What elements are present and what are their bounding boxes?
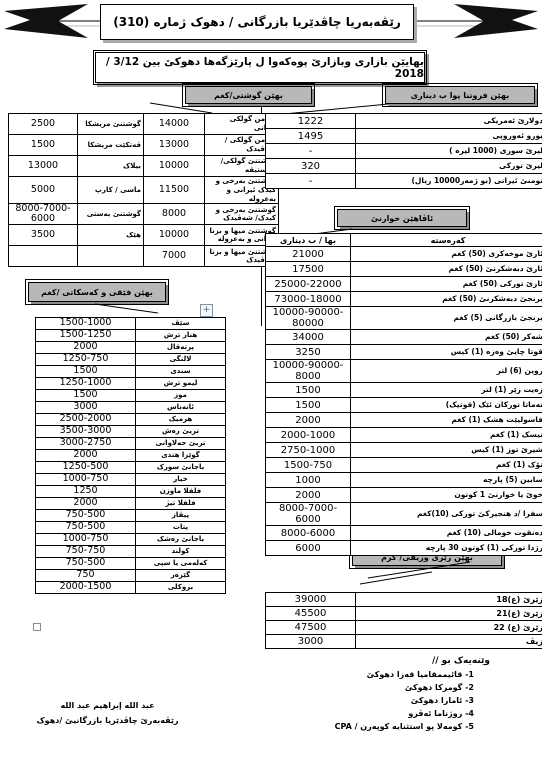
table-row: پیڤاز750-500 [36, 510, 226, 522]
table-row: نەرمن گولکی ئیرانی14000گوشتنێ مريشکا2500 [9, 114, 279, 135]
cell-price_b: 13000 [9, 156, 78, 177]
cell-value: 2000 [36, 342, 136, 354]
distribution-item: 1- قائیممقامیا قەزا دهوکێ [250, 668, 490, 681]
cell-label: ئارێ دبەشکرنێ (50) کغم [351, 262, 542, 277]
cell-price_b: 5000 [9, 177, 78, 204]
cell-value: 3000 [266, 635, 356, 649]
table-row: فلفلا تیژ2000 [36, 498, 226, 510]
cell-value: 73000-18000 [266, 292, 351, 307]
cell-value: - [266, 174, 356, 189]
distribution-title: وێنەیەک بو // [250, 654, 490, 668]
cell-price_b: 3500 [9, 225, 78, 246]
cell-value: 3000 [36, 402, 136, 414]
table-row: رژدا تورکی (1) کوتون 30 پارچە6000 [266, 541, 542, 556]
currency-section-header: بهێن فروتنا پوا ب دیناری [385, 86, 535, 104]
cell-price_b [9, 246, 78, 267]
cell-price_a: 10000 [144, 225, 205, 246]
cell-label: ئارێ موخەکری (50) کغم [351, 247, 542, 262]
cell-label: سندی [136, 366, 226, 378]
cell-label: هرمیک [136, 414, 226, 426]
cell-value: 1000-750 [36, 534, 136, 546]
cell-value: 2000 [36, 498, 136, 510]
cell-label: سێڤ [136, 318, 226, 330]
cell-label: پیڤاز [136, 510, 226, 522]
cell-value: 750 [36, 570, 136, 582]
table-row: پتات750-500 [36, 522, 226, 534]
cell-label: پتات [136, 522, 226, 534]
cell-label: يورو ئەوروپی [356, 129, 542, 144]
cell-value: 1250 [36, 486, 136, 498]
table-row: تریێ رەش3500-3000 [36, 426, 226, 438]
cell-value: 2750-1000 [266, 443, 351, 458]
cell-label: فلفلا تیژ [136, 498, 226, 510]
cell-price_a: 13000 [144, 135, 205, 156]
signature-name: عبد الله إبراهيم عبد الله [20, 700, 195, 711]
cell-label: کەلەمی یا سپی [136, 558, 226, 570]
cell-label: تریێ حەلاوانی [136, 438, 226, 450]
cell-label: ئانەناس [136, 402, 226, 414]
table-move-handle-icon[interactable]: + [200, 304, 213, 317]
cell-label: نۆک (1) کغم [351, 458, 542, 473]
food-section-header: ئاڤاهێن خوارنێ [337, 209, 467, 227]
cell-value: 10000-90000- 80000 [266, 307, 351, 330]
table-resize-handle-icon[interactable] [33, 623, 41, 631]
signature-title: رێڤەبەرێ چاڤدێریا بازرگانیێ /دهوک [20, 715, 195, 726]
cell-value: 1500-1000 [36, 318, 136, 330]
table-row: تومنێ ئیرانی (بو ژمەر10000 ریال)- [266, 174, 542, 189]
cell-label: برنجێ بازرگانی (5) کغم [351, 307, 542, 330]
page-title: رێڤەبەریا چاڤدێریا بازرگانی / دهوک ژماره… [113, 15, 401, 29]
cell-value: 8000-7000-6000 [266, 503, 351, 526]
cell-label: فاسولیێت هشک (1) کغم [351, 413, 542, 428]
cell-value: 45500 [266, 607, 356, 621]
table-row: هرمیک2500-2000 [36, 414, 226, 426]
cell-label: ئارێ تورکی (50) کغم [351, 277, 542, 292]
cell-item_b: ڤەتکێت مريشکا [78, 135, 144, 156]
cell-label: ليرێ سوری (1000 ليره ) [356, 144, 542, 159]
cell-label: تەماتا تورکان ئێک (قوتیک) [351, 398, 542, 413]
produce-price-table: سێڤ1500-1000هنار ترش1500-1250پرتەقال2000… [35, 317, 226, 594]
cell-label: پرتەقال [136, 342, 226, 354]
cell-value: 6000 [266, 541, 351, 556]
cell-value: 750-500 [36, 510, 136, 522]
cell-value: 1250-750 [36, 354, 136, 366]
page-subtitle: بهايێن بازاری وبازارێ پوەکەوا ل پارێزگەه… [96, 56, 424, 80]
table-row: ليرێ تورکی320 [266, 159, 542, 174]
cell-label: فلفلا ماوزن [136, 486, 226, 498]
cell-label: دەنقوت خومالی (10) کغم [351, 526, 542, 541]
cell-value: - [266, 144, 356, 159]
cell-label: ليرێ تورکی [356, 159, 542, 174]
cell-price_a: 11500 [144, 177, 205, 204]
table-row: گوێزا هندی2000 [36, 450, 226, 462]
meat-section-header: بهێن گوشتی/کغم [185, 86, 312, 104]
cell-label: لیمو ترش [136, 378, 226, 390]
cell-label: موز [136, 390, 226, 402]
cell-value: 320 [266, 159, 356, 174]
table-row: برنجێ بازرگانی (5) کغم10000-90000- 80000 [266, 307, 542, 330]
cell-item_b: بیلاک [78, 156, 144, 177]
table-row: لالنگی1250-750 [36, 354, 226, 366]
cell-label: برنجێ دبەشکرنێ (50) کغم [351, 292, 542, 307]
table-row: لیمو ترش1250-1000 [36, 378, 226, 390]
gold-price-table: زێرێ (ع)1839000زێرێ (ع)2145500زێرێ (ع) 2… [265, 592, 542, 649]
table-row: پرتەقال2000 [36, 342, 226, 354]
table-row: باجانێ سورک1250-500 [36, 462, 226, 474]
cell-label: زەيت زێر (1) لتر [351, 383, 542, 398]
cell-label: سفرا /د هنجیرکێ تورکی (10)کغم [351, 503, 542, 526]
page-title-box: رێڤەبەریا چاڤدێریا بازرگانی / دهوک ژماره… [100, 4, 414, 40]
cell-value: 750-750 [36, 546, 136, 558]
distribution-list: وێنەیەک بو // 1- قائیممقامیا قەزا دهوکێ … [250, 654, 490, 733]
cell-value: 8000-6000 [266, 526, 351, 541]
cell-label: زێرێ (ع)18 [356, 593, 542, 607]
cell-label: باجانێ رەشک [136, 534, 226, 546]
table-row: زێرێ (ع)2145500 [266, 607, 542, 621]
cell-label: رژدا تورکی (1) کوتون 30 پارچە [351, 541, 542, 556]
cell-value: 1250-500 [36, 462, 136, 474]
table-row: نیسک (1) کغم2000-1000 [266, 428, 542, 443]
meat-price-table: نەرمن گولکی ئیرانی14000گوشتنێ مريشکا2500… [8, 113, 279, 267]
cell-value: 1500-750 [266, 458, 351, 473]
cell-value: 25000-22000 [266, 277, 351, 292]
cell-value: 750-500 [36, 522, 136, 534]
table-row: هنار ترش1500-1250 [36, 330, 226, 342]
table-row: گێزەر750 [36, 570, 226, 582]
cell-label: کولند [136, 546, 226, 558]
cell-label: لالنگی [136, 354, 226, 366]
cell-value: 1500-1250 [36, 330, 136, 342]
cell-label: شیرێ توز (1) کیس [351, 443, 542, 458]
table-row: تەماتا تورکان ئێک (قوتیک)1500 [266, 398, 542, 413]
table-row: نۆک (1) کغم1500-750 [266, 458, 542, 473]
table-row: يورو ئەوروپی1495 [266, 129, 542, 144]
cell-label: خوێ یا خوارنێ 1 کوتون [351, 488, 542, 503]
column-header-item: کەرەستە [351, 234, 542, 247]
column-header-price: بها / ب دیناری [266, 234, 351, 247]
cell-item_a: گوشتنێ بەرخی و کیدک/ شەڤیدک [205, 204, 279, 225]
table-row: قوتا چايێ وەزە (1) کیس3250 [266, 345, 542, 360]
table-row: زێرێ (ع) 2247500 [266, 621, 542, 635]
cell-value: 1250-1000 [36, 378, 136, 390]
cell-label: هنار ترش [136, 330, 226, 342]
signature-block: عبد الله إبراهيم عبد الله رێڤەبەرێ چاڤدێ… [20, 700, 195, 726]
cell-label: زێرێ (ع)21 [356, 607, 542, 621]
cell-label: نیسک (1) کغم [351, 428, 542, 443]
cell-label: روین (6) لتر [351, 360, 542, 383]
table-row: بروکلی2000-1500 [36, 582, 226, 594]
produce-section-header: بهێن فێقی و کەسکاتی /کغم [28, 282, 166, 302]
cell-value: 3250 [266, 345, 351, 360]
cell-label: سابین (5) پارچە [351, 473, 542, 488]
cell-label: قوتا چايێ وەزە (1) کیس [351, 345, 542, 360]
cell-value: 2500-2000 [36, 414, 136, 426]
cell-label: زێرێ (ع) 22 [356, 621, 542, 635]
table-row: تریێ حەلاوانی3000-2750 [36, 438, 226, 450]
cell-label: بروکلی [136, 582, 226, 594]
cell-value: 21000 [266, 247, 351, 262]
cell-value: 1222 [266, 114, 356, 129]
table-row: گوشتنێ میها و بزنا شەڤیدک7000 [9, 246, 279, 267]
currency-rate-table: دولارێ ئەمریکی1222يورو ئەوروپی1495ليرێ س… [265, 113, 542, 189]
cell-value: 1495 [266, 129, 356, 144]
ribbon-right-icon [454, 4, 538, 38]
cell-price_b: 8000-7000-6000 [9, 204, 78, 225]
table-row: شیرێ توز (1) کیس2750-1000 [266, 443, 542, 458]
cell-value: 1500 [266, 398, 351, 413]
cell-item_b: ماسی / کارپ [78, 177, 144, 204]
cell-value: 1500 [36, 390, 136, 402]
table-row: ئارێ تورکی (50) کغم25000-22000 [266, 277, 542, 292]
cell-value: 34000 [266, 330, 351, 345]
cell-value: 39000 [266, 593, 356, 607]
cell-value: 2000 [266, 488, 351, 503]
cell-value: 2000 [36, 450, 136, 462]
cell-value: 1000-750 [36, 474, 136, 486]
cell-item_b [78, 246, 144, 267]
cell-label: دولارێ ئەمریکی [356, 114, 542, 129]
cell-value: 2000-1000 [266, 428, 351, 443]
table-row: خوێ یا خوارنێ 1 کوتون2000 [266, 488, 542, 503]
cell-value: 47500 [266, 621, 356, 635]
table-row: دولارێ ئەمریکی1222 [266, 114, 542, 129]
cell-price_b: 1500 [9, 135, 78, 156]
table-row: فلفلا ماوزن1250 [36, 486, 226, 498]
cell-item_b: گوشتنێ بەستی [78, 204, 144, 225]
document-page: رێڤەبەریا چاڤدێریا بازرگانی / دهوک ژماره… [0, 0, 542, 759]
table-row: ئارێ دبەشکرنێ (50) کغم17500 [266, 262, 542, 277]
cell-price_a: 7000 [144, 246, 205, 267]
cell-value: 1500 [266, 383, 351, 398]
cell-price_a: 10000 [144, 156, 205, 177]
cell-value: 1000 [266, 473, 351, 488]
table-row: سندی1500 [36, 366, 226, 378]
cell-item_b: گوشتنێ مريشکا [78, 114, 144, 135]
cell-label: گێزەر [136, 570, 226, 582]
table-row: دەنقوت خومالی (10) کغم8000-6000 [266, 526, 542, 541]
distribution-item: 2- گومرکا دهوکێ [250, 681, 490, 694]
table-row: سێڤ1500-1000 [36, 318, 226, 330]
cell-price_b: 2500 [9, 114, 78, 135]
food-price-table: کەرەستە بها / ب دیناری ئارێ موخەکری (50)… [265, 233, 542, 556]
cell-price_a: 8000 [144, 204, 205, 225]
distribution-item: 5- کومەلا پو استثنایە کوپەرن / CPA [250, 720, 490, 733]
cell-label: زیڤ [356, 635, 542, 649]
cell-label: تریێ رەش [136, 426, 226, 438]
table-row: ليرێ سوری (1000 ليره )- [266, 144, 542, 159]
table-row: گوشتنێ گولکی/ هەستیڤە10000بیلاک13000 [9, 156, 279, 177]
table-row: نەرمن گولکی /شەڤیدک13000ڤەتکێت مريشکا150… [9, 135, 279, 156]
table-row: کولند750-750 [36, 546, 226, 558]
table-header-row: کەرەستە بها / ب دیناری [266, 234, 542, 247]
page-subtitle-box: بهايێن بازاری وبازارێ پوەکەوا ل پارێزگەه… [95, 52, 425, 83]
distribution-item: 4- روژناما ئەڤرو [250, 707, 490, 720]
table-row: گوشتنێ بەرخی و کیدک ئیرانی و بەعروله1150… [9, 177, 279, 204]
table-row: گوشتنێ بەرخی و کیدک/ شەڤیدک8000گوشتنێ بە… [9, 204, 279, 225]
table-row: باجانێ رەشک1000-750 [36, 534, 226, 546]
cell-label: خیار [136, 474, 226, 486]
cell-label: گوێزا هندی [136, 450, 226, 462]
cell-price_a: 14000 [144, 114, 205, 135]
table-row: گوشتنێ میها و بزنا ئیرانی و بەعروله10000… [9, 225, 279, 246]
cell-item_b: هێک [78, 225, 144, 246]
distribution-item: 3- ئامارا دهوکێ [250, 694, 490, 707]
table-row: برنجێ دبەشکرنێ (50) کغم73000-18000 [266, 292, 542, 307]
cell-label: باجانێ سورک [136, 462, 226, 474]
cell-value: 3000-2750 [36, 438, 136, 450]
cell-value: 750-500 [36, 558, 136, 570]
table-row: ئانەناس3000 [36, 402, 226, 414]
table-row: سابین (5) پارچە1000 [266, 473, 542, 488]
table-row: روین (6) لتر10000-90000-8000 [266, 360, 542, 383]
table-row: کەلەمی یا سپی750-500 [36, 558, 226, 570]
cell-label: شەکر (50) کغم [351, 330, 542, 345]
table-row: زێرێ (ع)1839000 [266, 593, 542, 607]
cell-value: 3500-3000 [36, 426, 136, 438]
table-row: زیڤ3000 [266, 635, 542, 649]
table-row: فاسولیێت هشک (1) کغم2000 [266, 413, 542, 428]
table-row: زەيت زێر (1) لتر1500 [266, 383, 542, 398]
cell-label: تومنێ ئیرانی (بو ژمەر10000 ریال) [356, 174, 542, 189]
table-row: خیار1000-750 [36, 474, 226, 486]
cell-value: 10000-90000-8000 [266, 360, 351, 383]
table-row: سفرا /د هنجیرکێ تورکی (10)کغم8000-7000-6… [266, 503, 542, 526]
ribbon-left-icon [4, 4, 88, 38]
cell-value: 2000 [266, 413, 351, 428]
table-row: موز1500 [36, 390, 226, 402]
cell-value: 1500 [36, 366, 136, 378]
table-row: ئارێ موخەکری (50) کغم21000 [266, 247, 542, 262]
cell-value: 2000-1500 [36, 582, 136, 594]
cell-value: 17500 [266, 262, 351, 277]
table-row: شەکر (50) کغم34000 [266, 330, 542, 345]
